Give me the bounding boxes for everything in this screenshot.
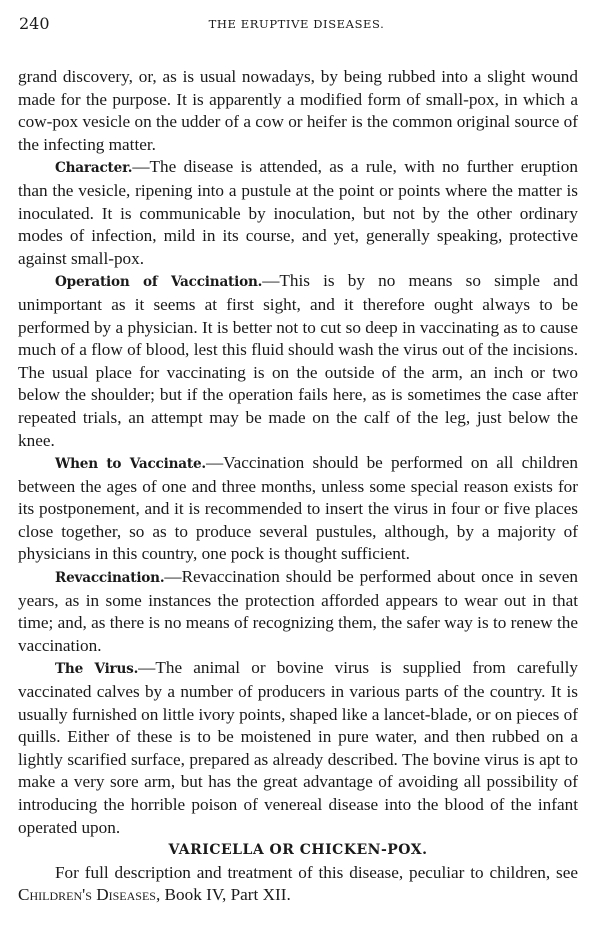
subheading-when-to-vaccinate: When to Vaccinate. [55,456,206,472]
paragraph-text: , Book IV, Part XII. [156,885,291,904]
paragraph-when-to-vaccinate: When to Vaccinate.—Vaccination should be… [18,452,578,566]
subheading-operation: Operation of Vaccination. [55,274,262,290]
subheading-revaccination: Revaccination. [55,570,164,586]
paragraph-revaccination: Revaccination.—Revaccination should be p… [18,566,578,657]
paragraph-text: grand discovery, or, as is usual nowaday… [18,67,578,154]
page-body: grand discovery, or, as is usual nowaday… [18,66,578,907]
section-title: VARICELLA OR CHICKEN-POX. [18,839,578,862]
paragraph-character: Character.—The disease is attended, as a… [18,156,578,270]
paragraph-text: For full description and treatment of th… [55,863,578,882]
subheading-virus: The Virus. [55,661,138,677]
paragraph-continuation: grand discovery, or, as is usual nowaday… [18,66,578,156]
running-head: THE ERUPTIVE DISEASES. [0,17,593,31]
paragraph-text: —The animal or bovine virus is supplied … [18,658,578,836]
paragraph-virus: The Virus.—The animal or bovine virus is… [18,657,578,839]
cross-reference: Children's Diseases [18,885,156,904]
paragraph-varicella: For full description and treatment of th… [18,862,578,907]
paragraph-operation: Operation of Vaccination.—This is by no … [18,270,578,452]
subheading-character: Character. [55,160,132,176]
paragraph-text: —This is by no means so simple and unimp… [18,271,578,449]
